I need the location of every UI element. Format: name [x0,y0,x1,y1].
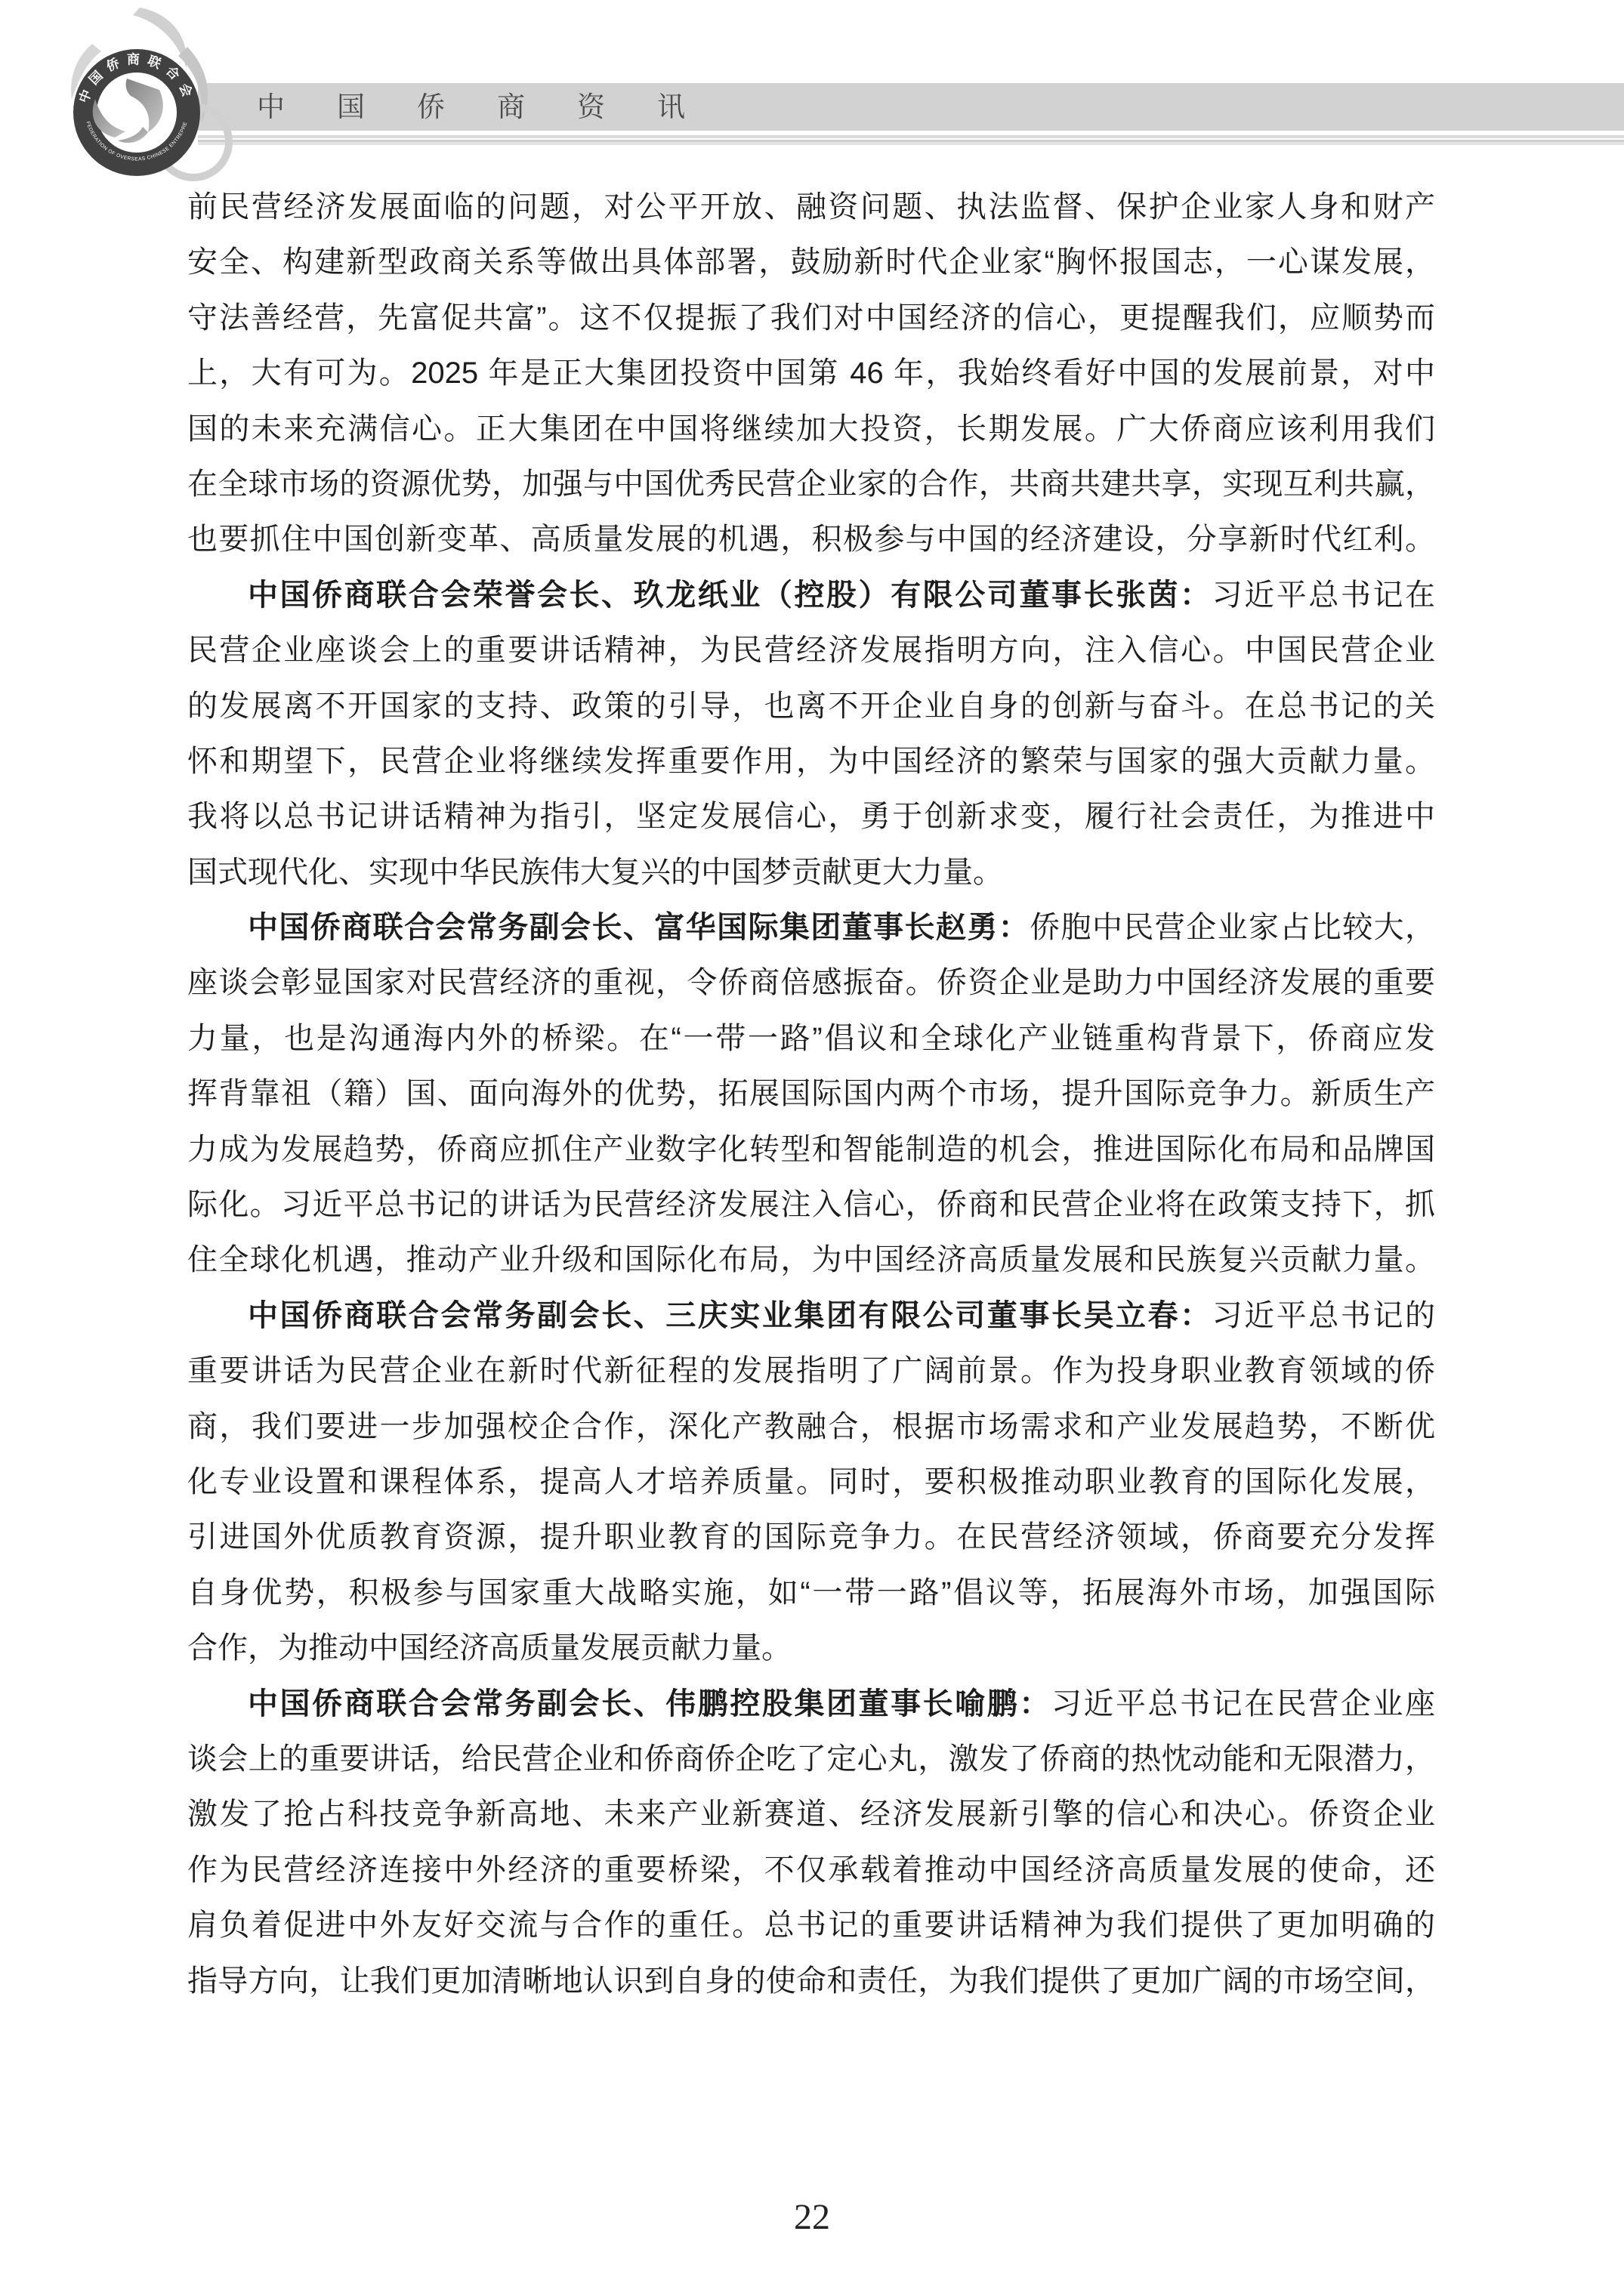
text-line: 肩负着促进中外友好交流与合作的重任。总书记的重要讲话精神为我们提供了更加明确的 [187,1898,1435,1953]
text-line: 住全球化机遇，推动产业升级和国际化布局，为中国经济高质量发展和民族复兴贡献力量。 [187,1233,1435,1288]
text-line: 民营企业座谈会上的重要讲话精神，为民营经济发展指明方向，注入信心。中国民营企业 [187,623,1435,678]
article-text-block: 前民营经济发展面临的问题，对公平开放、融资问题、执法监督、保护企业家人身和财产安… [187,180,1435,2009]
magazine-page: 中国侨商资讯 中国侨商联合会 CHINA [0,0,1624,2293]
page-number: 22 [0,2196,1624,2238]
text-line: 重要讲话为民营企业在新时代新征程的发展指明了广阔前景。作为投身职业教育领域的侨 [187,1344,1435,1399]
text-line: 安全、构建新型政商关系等做出具体部署，鼓励新时代企业家“胸怀报国志，一心谋发展， [187,235,1435,290]
speaker-title: 中国侨商联合会常务副会长、伟鹏控股集团董事长喻鹏： [248,1687,1051,1721]
federation-logo-icon: 中国侨商联合会 CHINA FEDERATION OF OVERSEAS CHI… [0,0,355,264]
text-line: 中国侨商联合会常务副会长、伟鹏控股集团董事长喻鹏：习近平总书记在民营企业座 [187,1677,1435,1732]
text-line: 挥背靠祖（籍）国、面向海外的优势，拓展国际国内两个市场，提升国际竞争力。新质生产 [187,1066,1435,1122]
text-line: 我将以总书记讲话精神为指引，坚定发展信心，勇于创新求变，履行社会责任，为推进中 [187,789,1435,844]
speaker-title: 中国侨商联合会常务副会长、三庆实业集团有限公司董事长吴立春： [248,1299,1212,1332]
text-line: 引进国外优质教育资源，提升职业教育的国际竞争力。在民营经济领域，侨商要充分发挥 [187,1510,1435,1565]
text-line: 国的未来充满信心。正大集团在中国将继续加大投资，长期发展。广大侨商应该利用我们 [187,402,1435,457]
header-banner-title: 中国侨商资讯 [257,83,737,131]
text-line: 中国侨商联合会常务副会长、三庆实业集团有限公司董事长吴立春：习近平总书记的 [187,1288,1435,1344]
text-line: 中国侨商联合会常务副会长、富华国际集团董事长赵勇：侨胞中民营企业家占比较大， [187,900,1435,955]
text-line: 合作，为推动中国经济高质量发展贡献力量。 [187,1621,1435,1676]
text-line: 力量，也是沟通海内外的桥梁。在“一带一路”倡议和全球化产业链重构背景下，侨商应发 [187,1011,1435,1066]
header-divider-lines [198,135,1624,145]
text-line: 指导方向，让我们更加清晰地认识到自身的使命和责任，为我们提供了更加广阔的市场空间… [187,1954,1435,2009]
text-line: 力成为发展趋势，侨商应抓住产业数字化转型和智能制造的机会，推进国际化布局和品牌国 [187,1122,1435,1177]
text-line: 作为民营经济连接中外经济的重要桥梁，不仅承载着推动中国经济高质量发展的使命，还 [187,1843,1435,1898]
text-line: 自身优势，积极参与国家重大战略实施，如“一带一路”倡议等，拓展海外市场，加强国际 [187,1566,1435,1621]
text-line: 中国侨商联合会荣誉会长、玖龙纸业（控股）有限公司董事长张茵：习近平总书记在 [187,568,1435,623]
text-line: 商，我们要进一步加强校企合作，深化产教融合，根据市场需求和产业发展趋势，不断优 [187,1400,1435,1455]
text-line: 的发展离不开国家的支持、政策的引导，也离不开企业自身的创新与奋斗。在总书记的关 [187,679,1435,734]
text-line: 激发了抢占科技竞争新高地、未来产业新赛道、经济发展新引擎的信心和决心。侨资企业 [187,1787,1435,1842]
text-line: 谈会上的重要讲话，给民营企业和侨商侨企吃了定心丸，激发了侨商的热忱动能和无限潜力… [187,1732,1435,1787]
text-line: 座谈会彰显国家对民营经济的重视，令侨商倍感振奋。侨资企业是助力中国经济发展的重要 [187,955,1435,1011]
text-line: 守法善经营，先富促共富”。这不仅提振了我们对中国经济的信心，更提醒我们，应顺势而 [187,291,1435,346]
text-line: 在全球市场的资源优势，加强与中国优秀民营企业家的合作，共商共建共享，实现互利共赢… [187,457,1435,512]
speaker-title: 中国侨商联合会常务副会长、富华国际集团董事长赵勇： [248,911,1030,944]
text-line: 怀和期望下，民营企业将继续发挥重要作用，为中国经济的繁荣与国家的强大贡献力量。 [187,734,1435,789]
text-line: 国式现代化、实现中华民族伟大复兴的中国梦贡献更大力量。 [187,845,1435,900]
text-line: 上，大有可为。2025 年是正大集团投资中国第 46 年，我始终看好中国的发展前… [187,346,1435,401]
speaker-title: 中国侨商联合会荣誉会长、玖龙纸业（控股）有限公司董事长张茵： [248,579,1212,612]
text-line: 化专业设置和课程体系，提高人才培养质量。同时，要积极推动职业教育的国际化发展， [187,1455,1435,1510]
text-line: 也要抓住中国创新变革、高质量发展的机遇，积极参与中国的经济建设，分享新时代红利。 [187,512,1435,567]
text-line: 前民营经济发展面临的问题，对公平开放、融资问题、执法监督、保护企业家人身和财产 [187,180,1435,235]
text-line: 际化。习近平总书记的讲话为民营经济发展注入信心，侨商和民营企业将在政策支持下，抓 [187,1177,1435,1233]
